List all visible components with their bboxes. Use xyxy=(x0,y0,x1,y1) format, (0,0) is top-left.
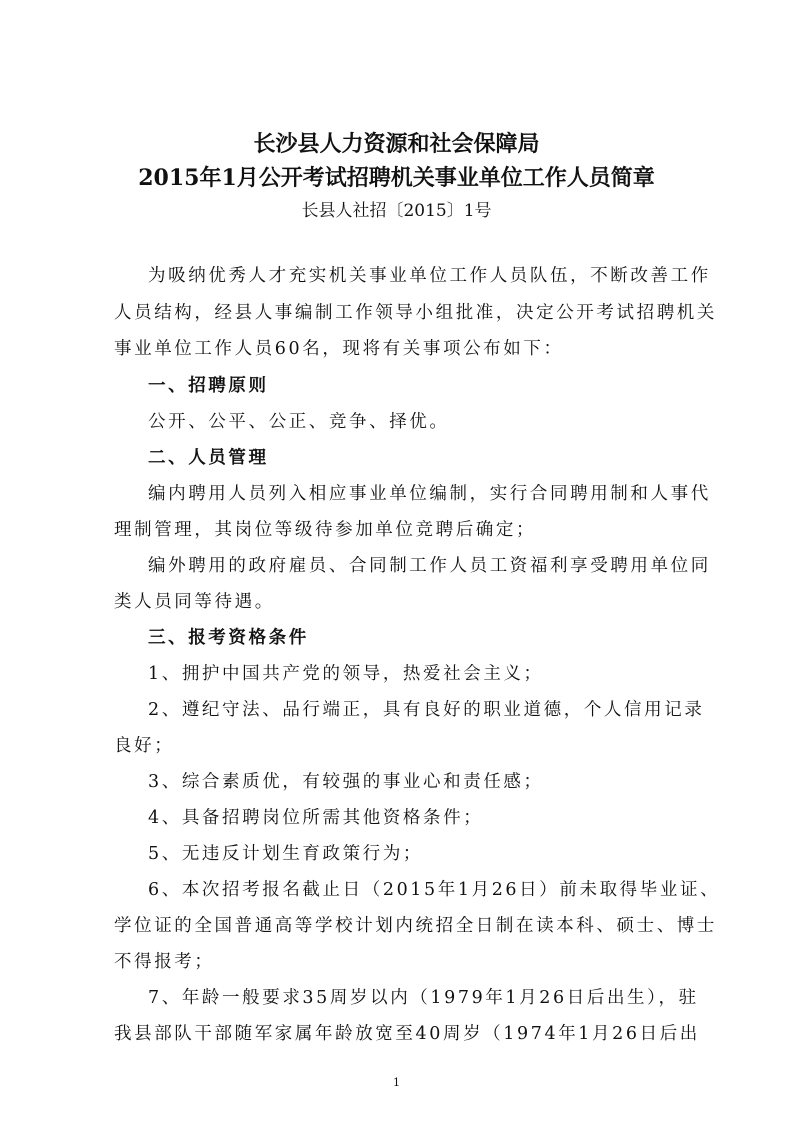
document-number: 长县人社招〔2015〕1号 xyxy=(0,203,793,220)
section-line: 公开、公平、公正、竞争、择优。 xyxy=(148,414,450,432)
section-line: 类人员同等待遇。 xyxy=(114,594,275,612)
qualification-item: 5、无违反计划生育政策行为； xyxy=(148,846,423,864)
qualification-item-cont: 不得报考； xyxy=(114,954,215,972)
intro-line: 事业单位工作人员60名，现将有关事项公布如下： xyxy=(114,341,564,359)
intro-line: 人员结构，经县人事编制工作领导小组批准，决定公开考试招聘机关 xyxy=(114,305,717,323)
section-line: 编外聘用的政府雇员、合同制工作人员工资福利享受聘用单位同 xyxy=(148,558,711,576)
qualification-item-cont: 学位证的全国普通高等学校计划内统招全日制在读本科、硕士、博士 xyxy=(114,918,717,936)
section-line: 理制管理，其岗位等级待参加单位竞聘后确定； xyxy=(114,522,536,540)
qualification-item: 3、综合素质优，有较强的事业心和责任感； xyxy=(148,774,544,792)
qualification-item: 2、遵纪守法、品行端正，具有良好的职业道德，个人信用记录 xyxy=(148,702,704,720)
page-number: 1 xyxy=(0,1077,793,1088)
section-line: 编内聘用人员列入相应事业单位编制，实行合同聘用制和人事代 xyxy=(148,486,711,504)
section-heading-qualifications: 三、报考资格条件 xyxy=(148,630,309,648)
qualification-item-cont: 良好； xyxy=(114,738,174,756)
section-heading-principles: 一、招聘原则 xyxy=(148,378,269,396)
qualification-item: 7、年龄一般要求35周岁以内（1979年1月26日后出生），驻 xyxy=(148,990,699,1008)
intro-line: 为吸纳优秀人才充实机关事业单位工作人员队伍，不断改善工作 xyxy=(148,268,711,286)
qualification-item-cont: 我县部队干部随军家属年龄放宽至40周岁（1974年1月26日后出 xyxy=(114,1026,700,1044)
qualification-item: 4、具备招聘岗位所需其他资格条件； xyxy=(148,810,483,828)
document-title-issuer: 长沙县人力资源和社会保障局 xyxy=(0,133,793,155)
section-heading-management: 二、人员管理 xyxy=(148,450,269,468)
document-title-main: 2015年1月公开考试招聘机关事业单位工作人员简章 xyxy=(0,167,793,189)
qualification-item: 1、拥护中国共产党的领导，热爱社会主义； xyxy=(148,666,544,684)
qualification-item: 6、本次招考报名截止日（2015年1月26日）前未取得毕业证、 xyxy=(148,882,720,900)
